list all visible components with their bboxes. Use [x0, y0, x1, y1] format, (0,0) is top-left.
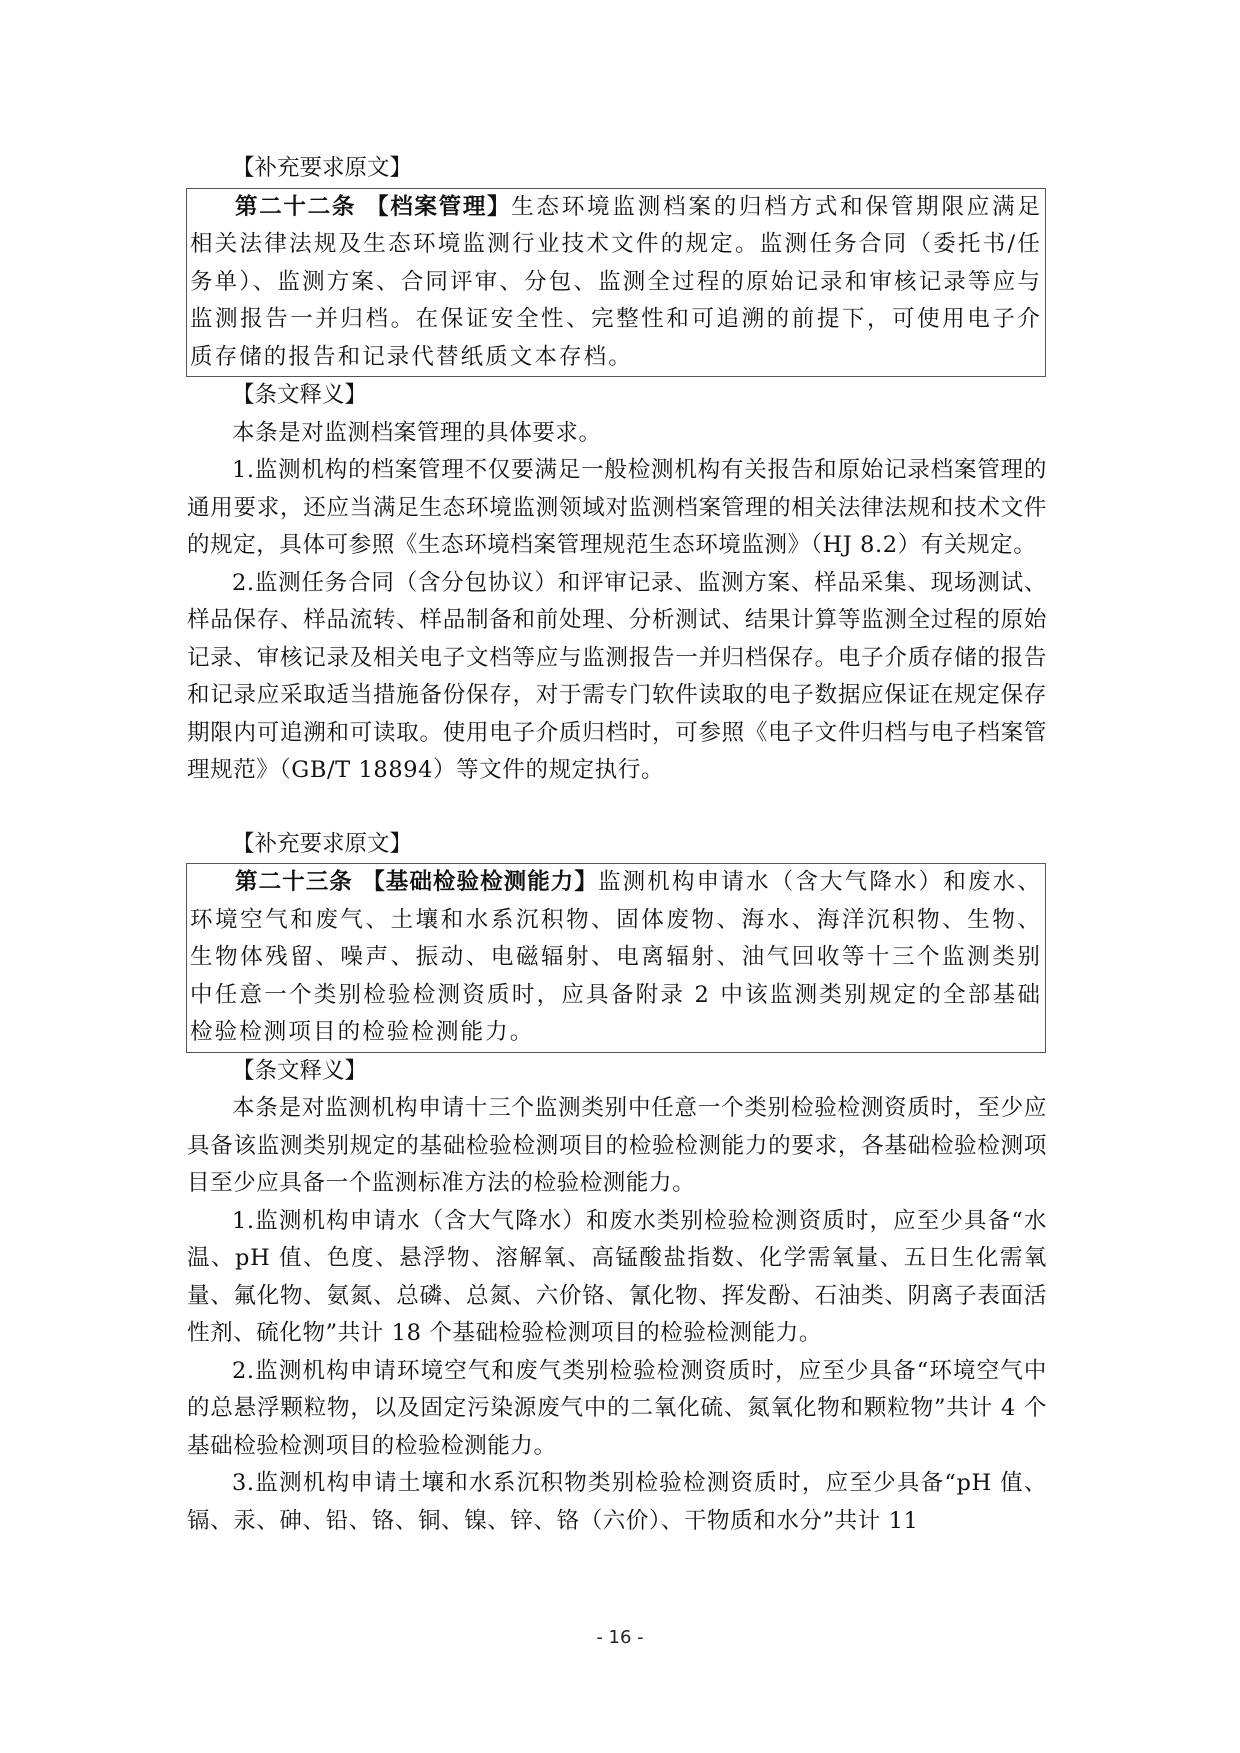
page-number: - 16 -: [0, 1627, 1240, 1648]
document-page: 【补充要求原文】 第二十二条 【档案管理】生态环境监测档案的归档方式和保管期限应…: [187, 150, 1047, 1540]
explanation-label: 【条文释义】: [187, 377, 1047, 415]
original-text-label: 【补充要求原文】: [187, 826, 1047, 864]
article-22-box: 第二十二条 【档案管理】生态环境监测档案的归档方式和保管期限应满足相关法律法规及…: [186, 188, 1046, 378]
paragraph: 1.监测机构的档案管理不仅要满足一般检测机构有关报告和原始记录档案管理的通用要求…: [187, 452, 1047, 565]
paragraph: 本条是对监测档案管理的具体要求。: [187, 415, 1047, 453]
original-text-label: 【补充要求原文】: [187, 150, 1047, 188]
article-number: 第二十三条: [235, 869, 353, 895]
article-23-text: 第二十三条 【基础检验检测能力】监测机构申请水（含大气降水）和废水、环境空气和废…: [190, 864, 1042, 1052]
paragraph: 本条是对监测机构申请十三个监测类别中任意一个类别检验检测资质时，至少应具备该监测…: [187, 1090, 1047, 1203]
article-23-box: 第二十三条 【基础检验检测能力】监测机构申请水（含大气降水）和废水、环境空气和废…: [186, 863, 1046, 1053]
paragraph: 1.监测机构申请水（含大气降水）和废水类别检验检测资质时，应至少具备“水温、pH…: [187, 1203, 1047, 1353]
paragraph: 2.监测机构申请环境空气和废气类别检验检测资质时，应至少具备“环境空气中的总悬浮…: [187, 1353, 1047, 1466]
article-title: 【档案管理】: [366, 194, 511, 220]
section-gap: [187, 790, 1047, 826]
explanation-label: 【条文释义】: [187, 1053, 1047, 1091]
article-22-text: 第二十二条 【档案管理】生态环境监测档案的归档方式和保管期限应满足相关法律法规及…: [190, 189, 1042, 377]
paragraph: 3.监测机构申请土壤和水系沉积物类别检验检测资质时，应至少具备“pH 值、镉、汞…: [187, 1465, 1047, 1540]
article-number: 第二十二条: [235, 194, 356, 220]
article-body: 监测机构申请水（含大气降水）和废水、环境空气和废气、土壤和水系沉积物、固体废物、…: [190, 869, 1042, 1045]
paragraph: 2.监测任务合同（含分包协议）和评审记录、监测方案、样品采集、现场测试、样品保存…: [187, 565, 1047, 790]
article-title: 【基础检验检测能力】: [362, 869, 598, 895]
